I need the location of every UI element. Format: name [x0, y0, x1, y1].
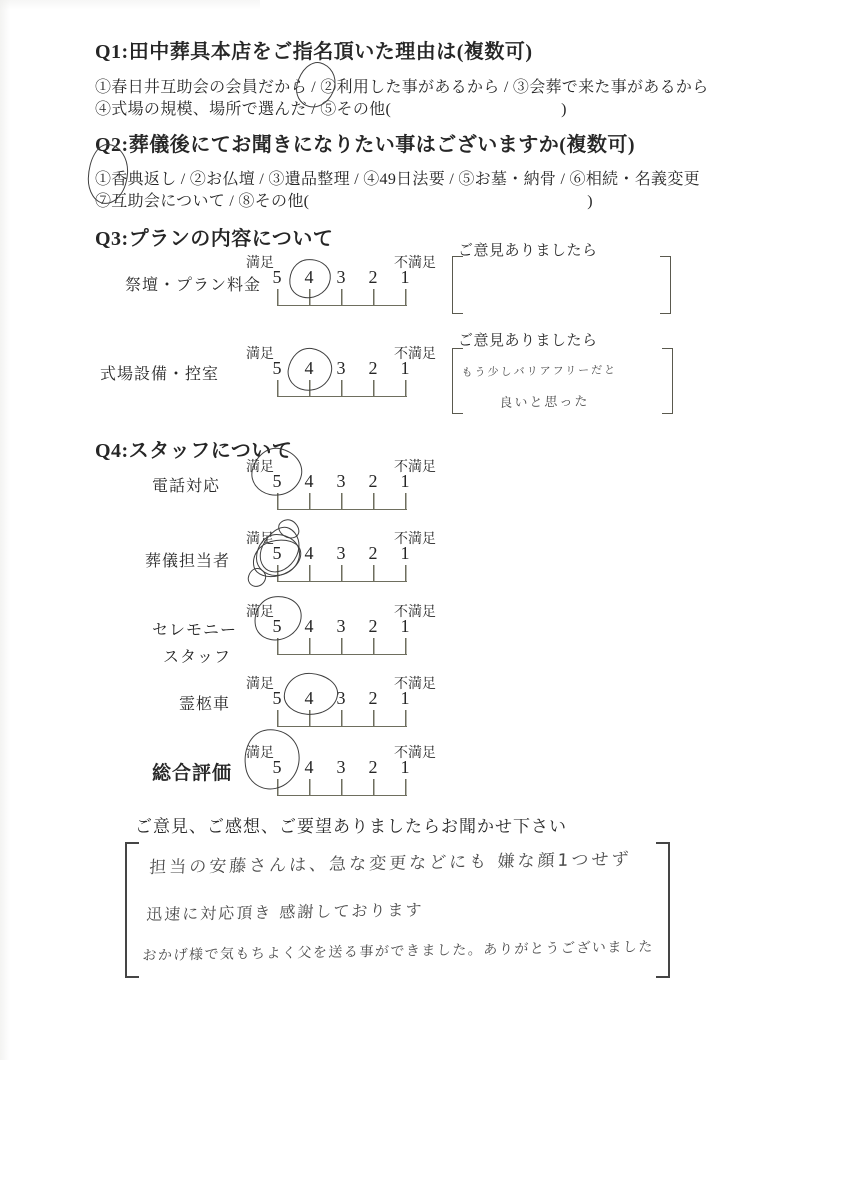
scale-value-1: 1: [394, 757, 416, 778]
rating-label-facilities: 式場設備・控室: [100, 361, 219, 384]
scale-axis: [277, 493, 407, 510]
rating-label-phone: 電話対応: [152, 473, 220, 496]
handwritten-comment-line: おかげ様で気もちよく父を送る事ができました。ありがとうございました: [142, 936, 654, 965]
scale-value-2: 2: [362, 616, 384, 637]
q2-heading: Q2:葬儀後にてお聞きになりたい事はございますか(複数可): [95, 128, 635, 157]
handwritten-comment-line: 担当の安藤さんは、急な変更などにも 嫌な顔1つせず: [149, 845, 632, 878]
handwritten-comment-line: 迅速に対応頂き 感謝しております: [146, 897, 424, 925]
scale-value-3: 3: [330, 267, 352, 288]
q1-closing-paren: ): [561, 101, 567, 118]
rating-label-plan-price: 祭壇・プラン料金: [125, 272, 261, 295]
comment-prompt-label: ご意見ありましたら: [458, 329, 598, 350]
q2-options-line1: ①香典返し / ②お仏壇 / ③遺品整理 / ④49日法要 / ⑤お墓・納骨 /…: [95, 166, 700, 189]
scale-value-1: 1: [394, 267, 416, 288]
q2-closing-paren: ): [587, 193, 593, 210]
rating-scale-plan-price: 満足 不満足 5 4 3 2 1: [246, 252, 451, 314]
handwritten-comment-line: もう少しバリアフリーだと: [461, 361, 617, 380]
scale-value-2: 2: [362, 688, 384, 709]
free-comment-prompt: ご意見、ご感想、ご要望ありましたらお聞かせ下さい: [135, 812, 567, 837]
rating-label-ceremony-staff-line1: セレモニー: [152, 617, 237, 640]
scale-value-5: 5: [266, 358, 288, 379]
comment-box-left-bracket: [452, 348, 463, 414]
free-comment-right-bracket: [656, 842, 670, 978]
scale-value-2: 2: [362, 543, 384, 564]
rating-scale-facilities: 満足 不満足 5 4 3 2 1: [246, 343, 451, 405]
scale-value-4: 4: [298, 757, 320, 778]
scale-value-3: 3: [330, 358, 352, 379]
q1-options-line1: ①春日井互助会の会員だから / ②利用した事があるから / ③会葬で来た事がある…: [95, 74, 709, 97]
scale-value-1: 1: [394, 688, 416, 709]
scale-value-2: 2: [362, 757, 384, 778]
blank-answer-space: [391, 113, 561, 114]
rating-scale-overall: 満足 不満足 5 4 3 2 1: [246, 742, 451, 804]
free-comment-left-bracket: [125, 842, 139, 978]
q2-options-line2: ⑦互助会について / ⑧その他(): [95, 188, 593, 211]
scale-value-3: 3: [330, 543, 352, 564]
scale-value-3: 3: [330, 757, 352, 778]
scale-value-2: 2: [362, 471, 384, 492]
comment-box-left-bracket: [452, 256, 463, 314]
scale-value-5: 5: [266, 267, 288, 288]
handwritten-scribble-circle-selected-5: [246, 528, 306, 588]
q1-options-line2-text: ④式場の規模、場所で選んだ / ⑤その他(: [95, 101, 391, 118]
rating-scale-hearse: 満足 不満足 5 4 3 2 1: [246, 673, 451, 735]
rating-scale-ceremony-staff: 満足 不満足 5 4 3 2 1: [246, 601, 451, 663]
scale-value-3: 3: [330, 616, 352, 637]
rating-label-director: 葬儀担当者: [145, 548, 230, 571]
rating-label-hearse: 霊柩車: [179, 691, 230, 714]
q1-options-line2: ④式場の規模、場所で選んだ / ⑤その他(): [95, 96, 567, 119]
comment-prompt-label: ご意見ありましたら: [458, 239, 598, 260]
scale-value-1: 1: [394, 358, 416, 379]
q2-options-line2-text: ⑦互助会について / ⑧その他(: [95, 193, 309, 210]
comment-box-right-bracket: [660, 256, 671, 314]
rating-label-overall: 総合評価: [152, 758, 232, 785]
rating-label-ceremony-staff-line2: スタッフ: [163, 644, 231, 667]
scale-value-2: 2: [362, 267, 384, 288]
scale-value-1: 1: [394, 616, 416, 637]
q1-heading: Q1:田中葬具本店をご指名頂いた理由は(複数可): [95, 35, 533, 64]
q3-heading: Q3:プランの内容について: [95, 222, 333, 251]
scanned-survey-page: Q1:田中葬具本店をご指名頂いた理由は(複数可) ①春日井互助会の会員だから /…: [0, 0, 849, 1200]
scale-value-3: 3: [330, 471, 352, 492]
scale-axis: [277, 638, 407, 655]
comment-box-right-bracket: [662, 348, 673, 414]
rating-scale-phone: 満足 不満足 5 4 3 2 1: [246, 456, 451, 518]
scale-value-2: 2: [362, 358, 384, 379]
handwritten-comment-line: 良いと思った: [499, 390, 590, 411]
scale-value-1: 1: [394, 471, 416, 492]
scale-axis: [277, 779, 407, 796]
rating-scale-director: 満足 不満足 5 4 3 2 1: [246, 528, 451, 590]
scale-value-1: 1: [394, 543, 416, 564]
blank-answer-space: [309, 205, 587, 206]
